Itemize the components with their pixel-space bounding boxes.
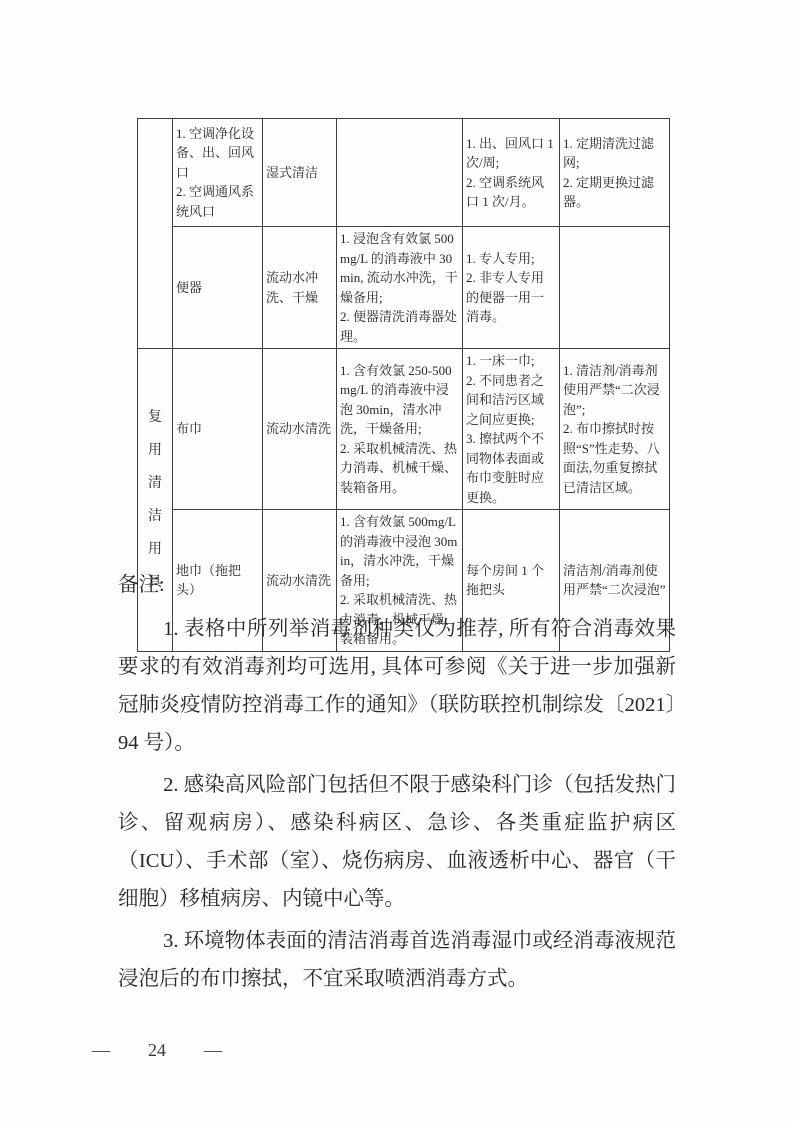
- footer-dash-right: —: [204, 1040, 222, 1061]
- cell-note: 1. 清洁剂/消毒剂使用严禁“二次浸泡”; 2. 布巾擦拭时按照“S”性走势、八…: [560, 349, 670, 510]
- cell-frequency: 1. 出、回风口 1 次/周; 2. 空调系统风口 1 次/月。: [463, 119, 560, 227]
- notes-section: 备注: 1. 表格中所列举消毒剂种类仅为推荐, 所有符合消毒效果要求的有效消毒剂…: [118, 566, 676, 1002]
- document-page: 1. 空调净化设备、出、回风口 2. 空调通风系统风口 湿式清洁 1. 出、回风…: [0, 0, 794, 1122]
- footer-dash-left: —: [92, 1040, 110, 1061]
- cell-note: [560, 227, 670, 349]
- table-row-bedpan: 便器 流动水冲洗、干燥 1. 浸泡含有效氯 500mg/L 的消毒液中 30mi…: [138, 227, 670, 349]
- table-row-cloth: 复用清洁用具 布巾 流动水清洗 1. 含有效氯 250-500mg/L 的消毒液…: [138, 349, 670, 510]
- cell-item: 布巾: [173, 349, 263, 510]
- cell-cleaning-method: 流动水清洗: [263, 349, 337, 510]
- cell-disinfection-method: 1. 浸泡含有效氯 500mg/L 的消毒液中 30min, 流动水冲洗，干燥备…: [337, 227, 463, 349]
- note-paragraph-2: 2. 感染高风险部门包括但不限于感染科门诊（包括发热门诊、留观病房）、感染科病区…: [118, 766, 676, 918]
- note-paragraph-3: 3. 环境物体表面的清洁消毒首选消毒湿巾或经消毒液规范浸泡后的布巾擦拭，不宜采取…: [118, 922, 676, 998]
- note-paragraph-1: 1. 表格中所列举消毒剂种类仅为推荐, 所有符合消毒效果要求的有效消毒剂均可选用…: [118, 610, 676, 762]
- cell-note: 1. 定期清洗过滤网; 2. 定期更换过滤器。: [560, 119, 670, 227]
- cell-disinfection-method: [337, 119, 463, 227]
- cell-item: 1. 空调净化设备、出、回风口 2. 空调通风系统风口: [173, 119, 263, 227]
- cell-cleaning-method: 湿式清洁: [263, 119, 337, 227]
- table-row-hvac: 1. 空调净化设备、出、回风口 2. 空调通风系统风口 湿式清洁 1. 出、回风…: [138, 119, 670, 227]
- notes-heading: 备注:: [118, 566, 676, 604]
- cell-disinfection-method: 1. 含有效氯 250-500mg/L 的消毒液中浸泡 30min，清水冲洗，干…: [337, 349, 463, 510]
- cell-frequency: 1. 一床一巾; 2. 不同患者之间和洁污区域之间应更换; 3. 擦拭两个不同物…: [463, 349, 560, 510]
- page-footer: — 24 —: [92, 1040, 222, 1061]
- cell-category-empty: [138, 119, 173, 349]
- cell-frequency: 1. 专人专用; 2. 非专人专用的便器一用一消毒。: [463, 227, 560, 349]
- cell-cleaning-method: 流动水冲洗、干燥: [263, 227, 337, 349]
- cell-item: 便器: [173, 227, 263, 349]
- page-number: 24: [148, 1040, 166, 1061]
